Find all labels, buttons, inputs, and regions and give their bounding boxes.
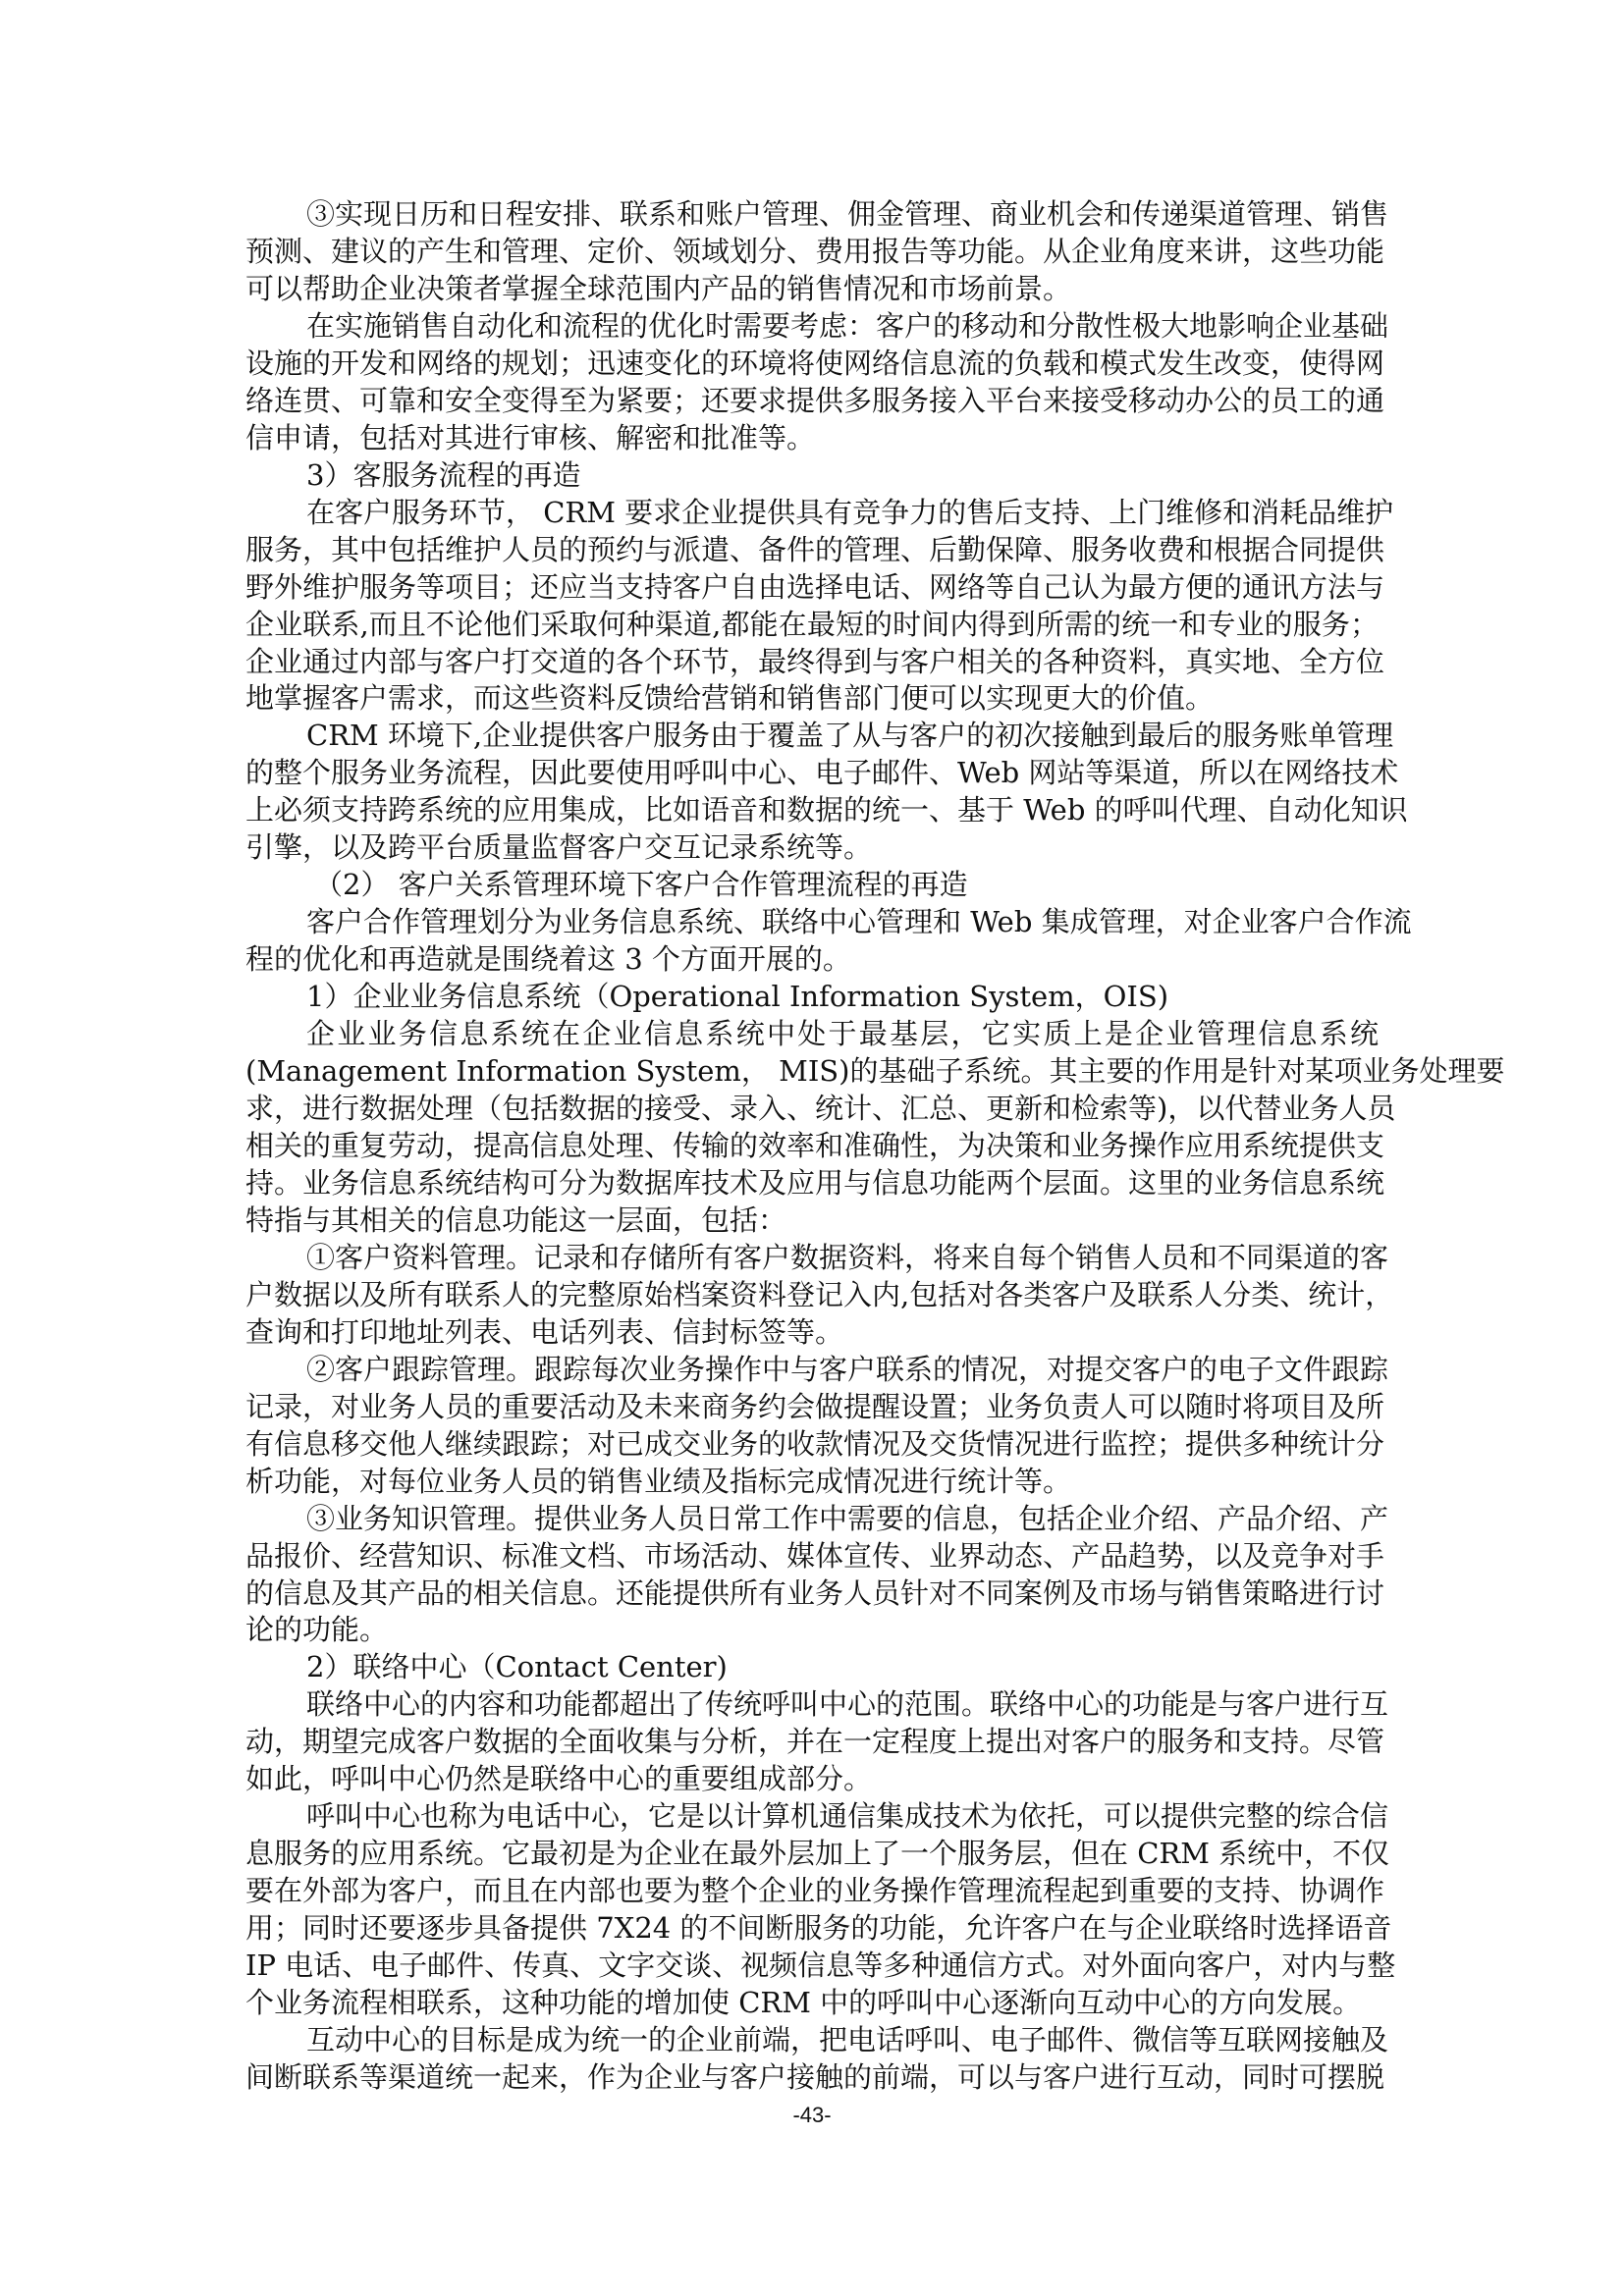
text-line: 野外维护服务等项目；还应当支持客户自由选择电话、网络等自己认为最方便的通讯方法与 (245, 568, 1379, 606)
text-line: 求，进行数据处理（包括数据的接受、录入、统计、汇总、更新和检索等)，以代替业务人… (245, 1090, 1379, 1127)
text-line: 企业通过内部与客户打交道的各个环节，最终得到与客户相关的各种资料，真实地、全方位 (245, 643, 1379, 680)
text-line: 特指与其相关的信息功能这一层面，包括： (245, 1201, 1379, 1239)
text-line: 有信息移交他人继续跟踪；对已成交业务的收款情况及交货情况进行监控；提供多种统计分 (245, 1425, 1379, 1463)
text-line: 用；同时还要逐步具备提供 7X24 的不间断服务的功能，允许客户在与企业联络时选… (245, 1909, 1379, 1947)
text-line: 持。业务信息系统结构可分为数据库技术及应用与信息功能两个层面。这里的业务信息系统 (245, 1164, 1379, 1201)
text-line: 呼叫中心也称为电话中心，它是以计算机通信集成技术为依托，可以提供完整的综合信 (306, 1797, 1379, 1835)
text-line: 查询和打印地址列表、电话列表、信封标签等。 (245, 1313, 1379, 1351)
text-line: ③业务知识管理。提供业务人员日常工作中需要的信息，包括企业介绍、产品介绍、产 (306, 1500, 1379, 1537)
text-line: 客户合作管理划分为业务信息系统、联络中心管理和 Web 集成管理，对企业客户合作… (306, 903, 1379, 940)
text-line: 论的功能。 (245, 1611, 1379, 1648)
text-line: 程的优化和再造就是围绕着这 3 个方面开展的。 (245, 940, 1379, 978)
text-line: 析功能，对每位业务人员的销售业绩及指标完成情况进行统计等。 (245, 1463, 1379, 1500)
text-line: 如此，呼叫中心仍然是联络中心的重要组成部分。 (245, 1760, 1379, 1797)
text-line: 上必须支持跨系统的应用集成，比如语音和数据的统一、基于 Web 的呼叫代理、自动… (245, 791, 1379, 828)
text-line: 联络中心的内容和功能都超出了传统呼叫中心的范围。联络中心的功能是与客户进行互 (306, 1685, 1379, 1723)
text-line: （2） 客户关系管理环境下客户合作管理流程的再造 (314, 866, 1379, 903)
text-line: CRM 环境下,企业提供客户服务由于覆盖了从与客户的初次接触到最后的服务账单管理 (306, 717, 1379, 754)
text-line: 的信息及其产品的相关信息。还能提供所有业务人员针对不同案例及市场与销售策略进行讨 (245, 1575, 1379, 1612)
text-line: 个业务流程相联系，这种功能的增加使 CRM 中的呼叫中心逐渐向互动中心的方向发展… (245, 1984, 1379, 2021)
text-line: 在实施销售自动化和流程的优化时需要考虑：客户的移动和分散性极大地影响企业基础 (306, 307, 1379, 345)
text-line: 息服务的应用系统。它最初是为企业在最外层加上了一个服务层，但在 CRM 系统中，… (245, 1835, 1379, 1872)
text-line: 络连贯、可靠和安全变得至为紧要；还要求提供多服务接入平台来接受移动办公的员工的通 (245, 382, 1379, 419)
text-line: 动，期望完成客户数据的全面收集与分析，并在一定程度上提出对客户的服务和支持。尽管 (245, 1723, 1379, 1760)
text-line: (Management Information System， MIS)的基础子… (245, 1052, 1379, 1090)
text-line: ②客户跟踪管理。跟踪每次业务操作中与客户联系的情况，对提交客户的电子文件跟踪 (306, 1351, 1379, 1388)
text-line: 设施的开发和网络的规划；迅速变化的环境将使网络信息流的负载和模式发生改变，使得网 (245, 345, 1379, 382)
text-line: 间断联系等渠道统一起来，作为企业与客户接触的前端，可以与客户进行互动，同时可摆脱 (245, 2058, 1379, 2096)
text-line: 在客户服务环节， CRM 要求企业提供具有竞争力的售后支持、上门维修和消耗品维护 (306, 494, 1379, 531)
text-line: 户数据以及所有联系人的完整原始档案资料登记入内,包括对各类客户及联系人分类、统计… (245, 1276, 1379, 1313)
text-line: 预测、建议的产生和管理、定价、领域划分、费用报告等功能。从企业角度来讲，这些功能 (245, 233, 1379, 270)
text-line: 企业业务信息系统在企业信息系统中处于最基层，它实质上是企业管理信息系统 (306, 1015, 1379, 1052)
text-line: 可以帮助企业决策者掌握全球范围内产品的销售情况和市场前景。 (245, 270, 1379, 307)
text-line: ③实现日历和日程安排、联系和账户管理、佣金管理、商业机会和传递渠道管理、销售 (306, 195, 1379, 233)
text-line: 记录，对业务人员的重要活动及未来商务约会做提醒设置；业务负责人可以随时将项目及所 (245, 1388, 1379, 1425)
text-line: 1）企业业务信息系统（Operational Information Syste… (306, 978, 1379, 1015)
text-line: 相关的重复劳动，提高信息处理、传输的效率和准确性，为决策和业务操作应用系统提供支 (245, 1127, 1379, 1164)
text-line: 互动中心的目标是成为统一的企业前端，把电话呼叫、电子邮件、微信等互联网接触及 (306, 2021, 1379, 2058)
text-line: 要在外部为客户，而且在内部也要为整个企业的业务操作管理流程起到重要的支持、协调作 (245, 1872, 1379, 1909)
text-line: 企业联系,而且不论他们采取何种渠道,都能在最短的时间内得到所需的统一和专业的服务… (245, 606, 1379, 643)
document-page: ③实现日历和日程安排、联系和账户管理、佣金管理、商业机会和传递渠道管理、销售预测… (0, 0, 1624, 2296)
text-line: 信申请，包括对其进行审核、解密和批准等。 (245, 419, 1379, 456)
page-number: -43- (0, 2103, 1624, 2128)
text-line: 品报价、经营知识、标准文档、市场活动、媒体宣传、业界动态、产品趋势，以及竞争对手 (245, 1537, 1379, 1575)
text-line: IP 电话、电子邮件、传真、文字交谈、视频信息等多种通信方式。对外面向客户，对内… (245, 1947, 1379, 1984)
text-line: 地掌握客户需求，而这些资料反馈给营销和销售部门便可以实现更大的价值。 (245, 679, 1379, 717)
text-line: 3）客服务流程的再造 (306, 456, 1379, 494)
text-line: 的整个服务业务流程，因此要使用呼叫中心、电子邮件、Web 网站等渠道，所以在网络… (245, 754, 1379, 791)
text-line: ①客户资料管理。记录和存储所有客户数据资料，将来自每个销售人员和不同渠道的客 (306, 1239, 1379, 1276)
text-line: 服务，其中包括维护人员的预约与派遣、备件的管理、后勤保障、服务收费和根据合同提供 (245, 531, 1379, 568)
text-line: 2）联络中心（Contact Center) (306, 1648, 1379, 1685)
text-line: 引擎，以及跨平台质量监督客户交互记录系统等。 (245, 828, 1379, 866)
